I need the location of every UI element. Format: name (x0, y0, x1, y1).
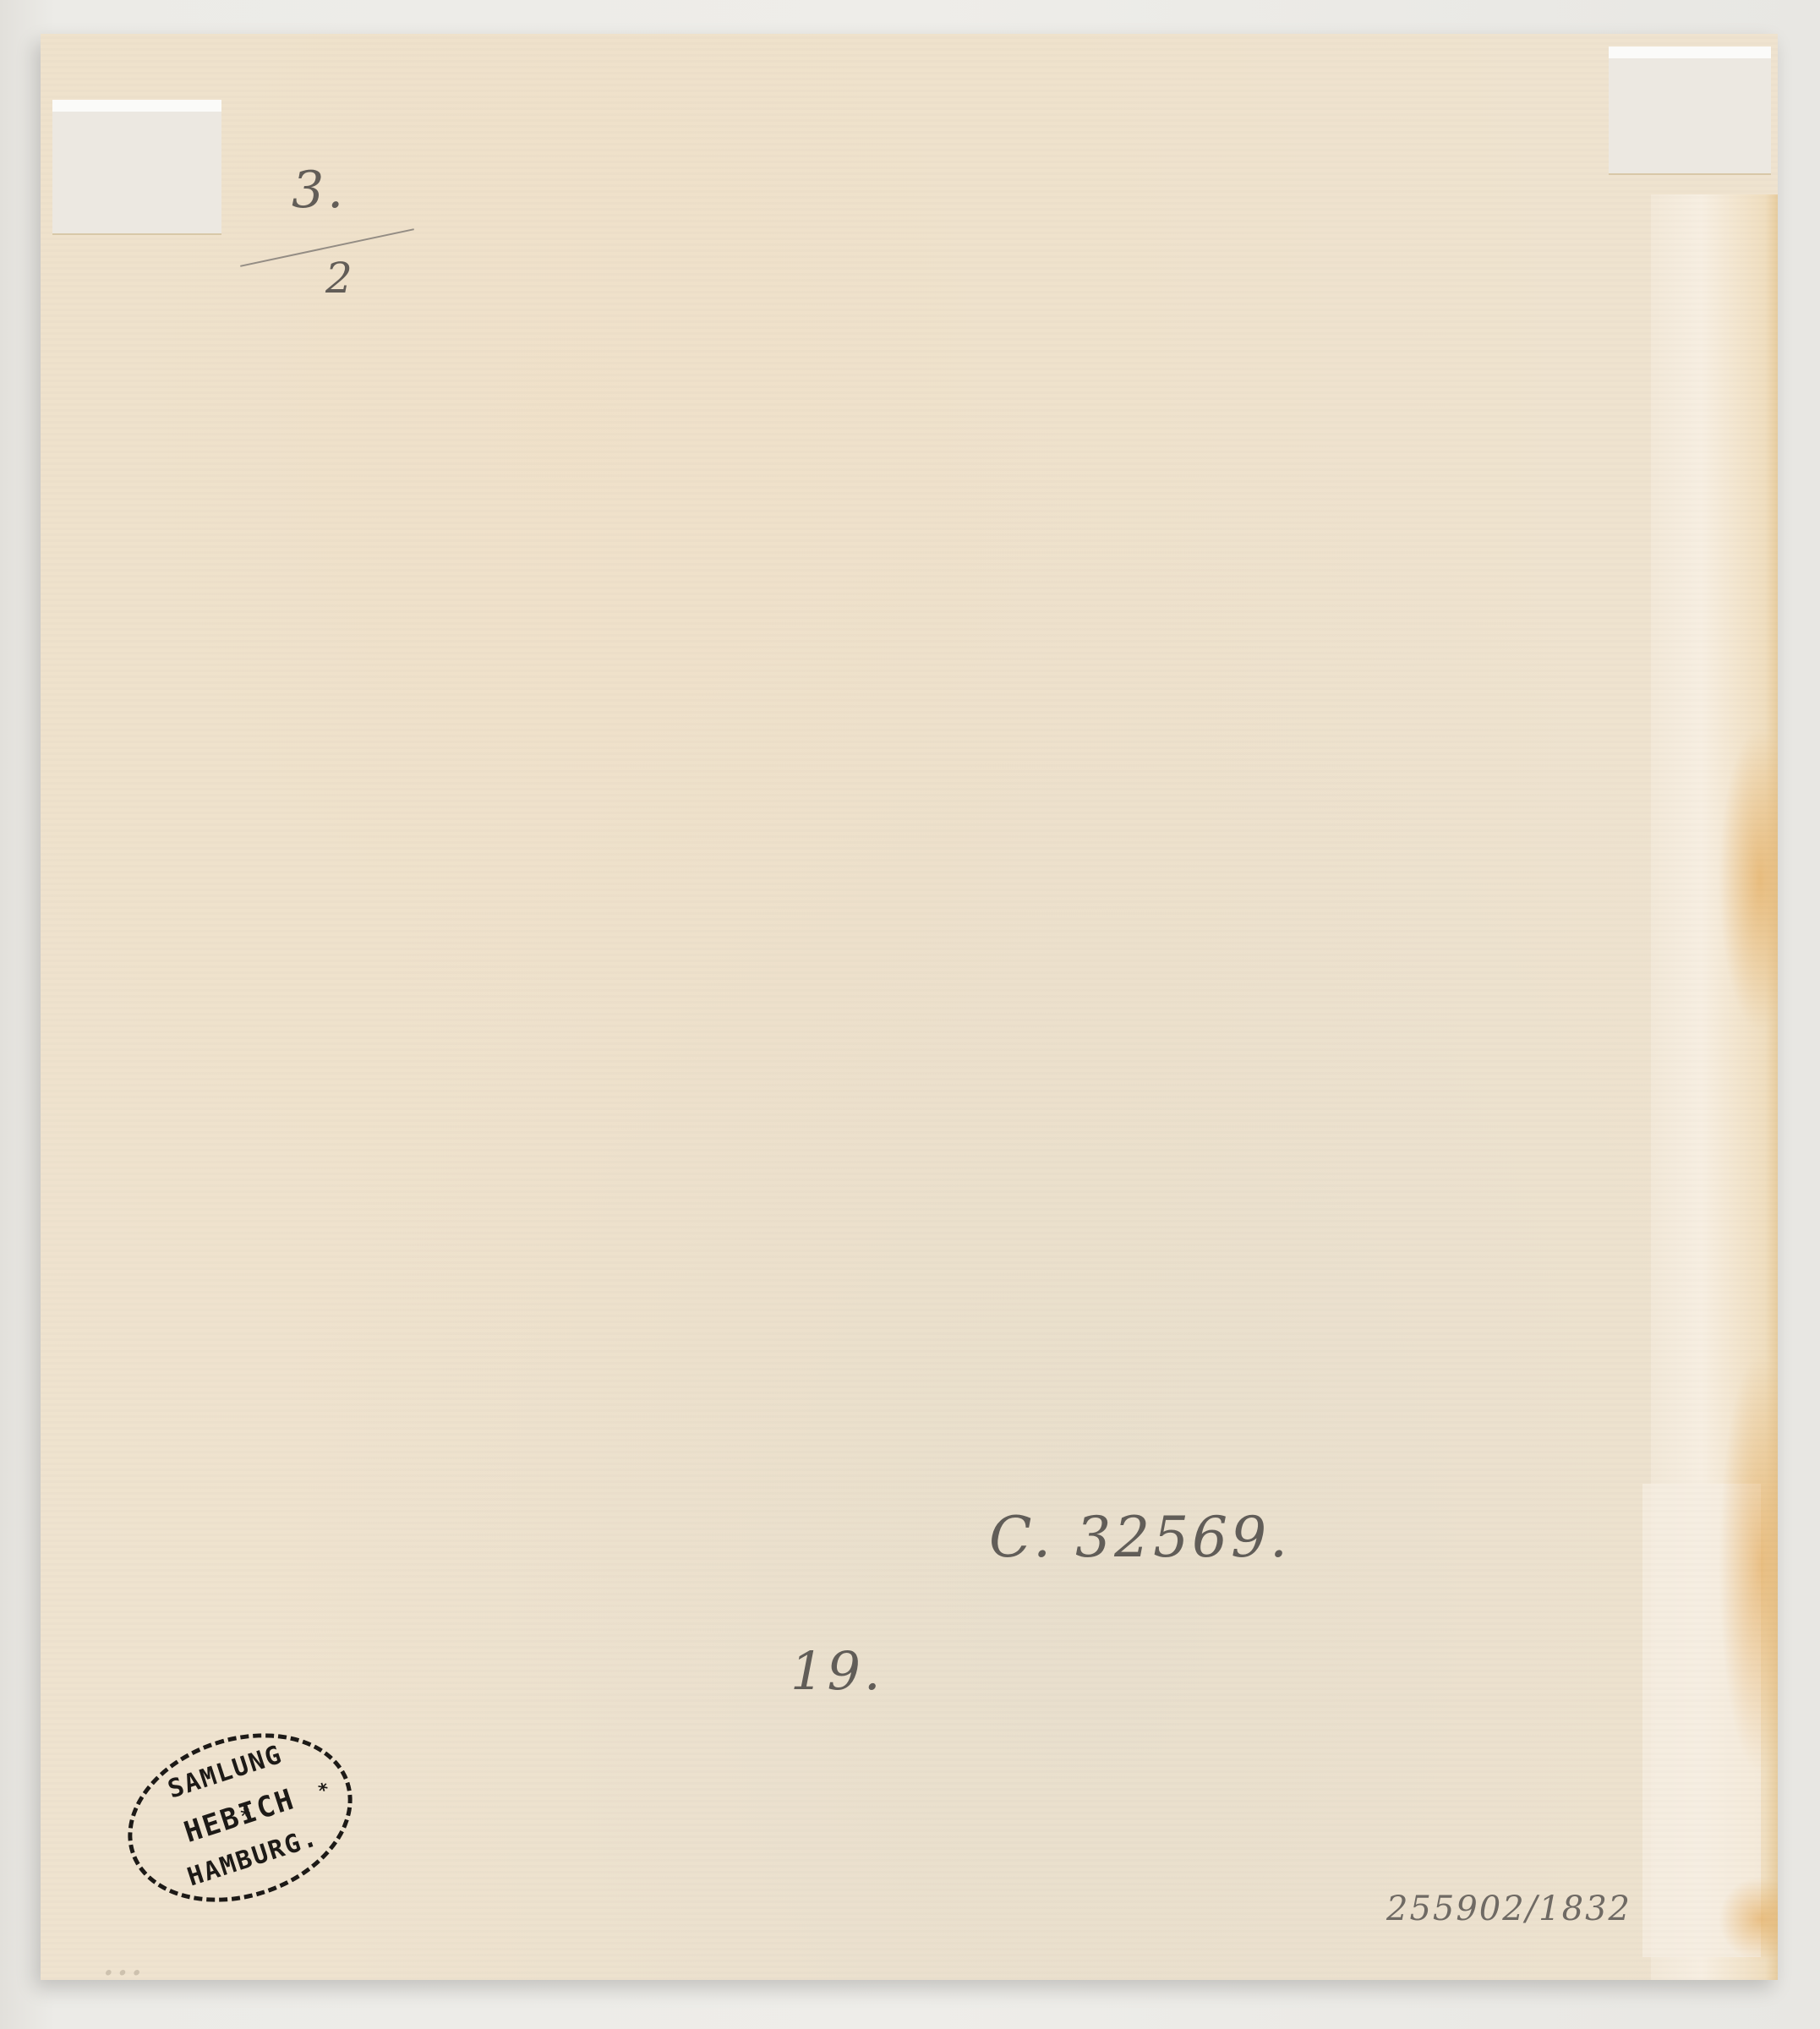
mount-tab-top-right (1609, 46, 1771, 175)
foxing-stain (1719, 1877, 1778, 1961)
foxing-stain (1719, 1353, 1778, 1775)
pencil-fraction-numerator: 3. (292, 161, 347, 220)
pencil-fraction-denominator: 2 (325, 254, 356, 303)
faded-pencil-mark: … (101, 1936, 144, 1985)
paper-sheet (41, 34, 1778, 1980)
pencil-bottom-right-number: 255902/1832 (1386, 1890, 1631, 1928)
pencil-number: 19. (790, 1640, 884, 1702)
mount-tab-top-left (52, 100, 221, 235)
pencil-inventory-number: C. 32569. (989, 1505, 1291, 1570)
foxing-stain (1719, 727, 1778, 1031)
